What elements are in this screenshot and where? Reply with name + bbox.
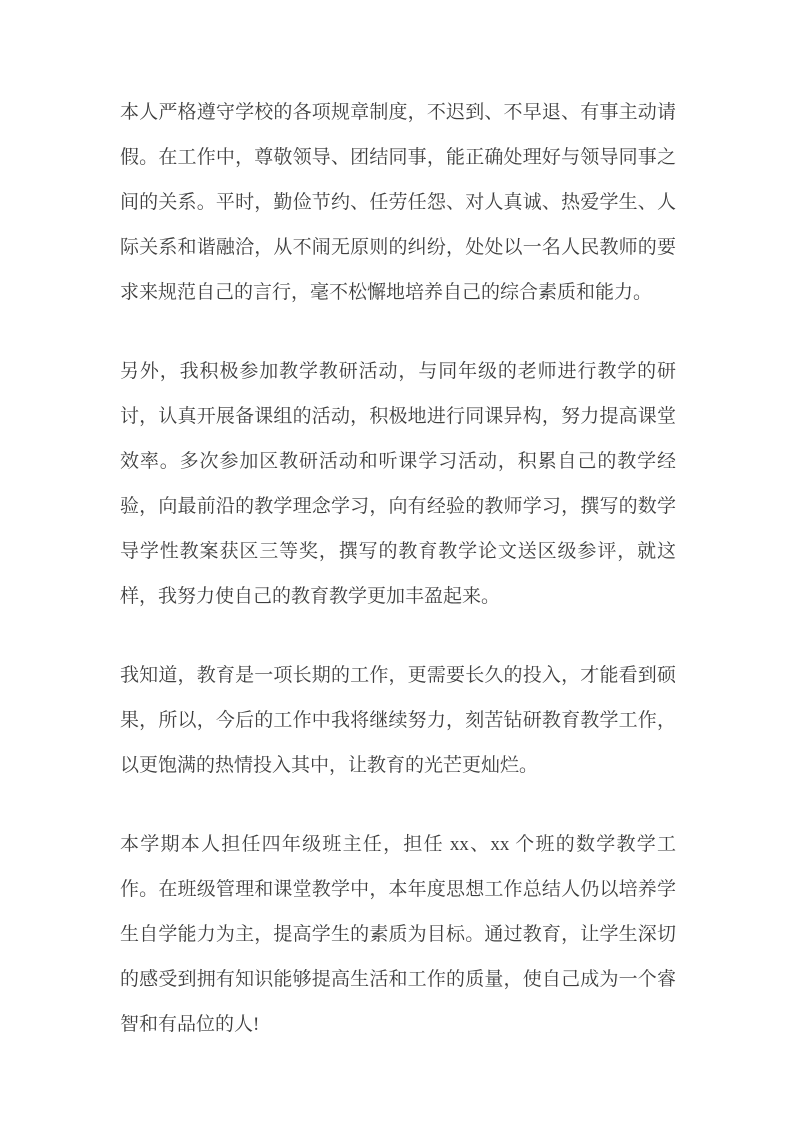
document-content: 本人严格遵守学校的各项规章制度，不迟到、不早退、有事主动请假。在工作中，尊敬领导…: [120, 90, 676, 1047]
document-page: 本人严格遵守学校的各项规章制度，不迟到、不早退、有事主动请假。在工作中，尊敬领导…: [0, 0, 793, 1122]
paragraph-class-teacher-role: 本学期本人担任四年级班主任，担任 xx、xx 个班的数学教学工作。在班级管理和课…: [120, 822, 676, 1047]
paragraph-future-commitment: 我知道，教育是一项长期的工作，更需要长久的投入，才能看到硕果，所以，今后的工作中…: [120, 653, 676, 788]
paragraph-teaching-research: 另外，我积极参加教学教研活动，与同年级的老师进行教学的研讨，认真开展备课组的活动…: [120, 349, 676, 619]
paragraph-discipline-conduct: 本人严格遵守学校的各项规章制度，不迟到、不早退、有事主动请假。在工作中，尊敬领导…: [120, 90, 676, 315]
